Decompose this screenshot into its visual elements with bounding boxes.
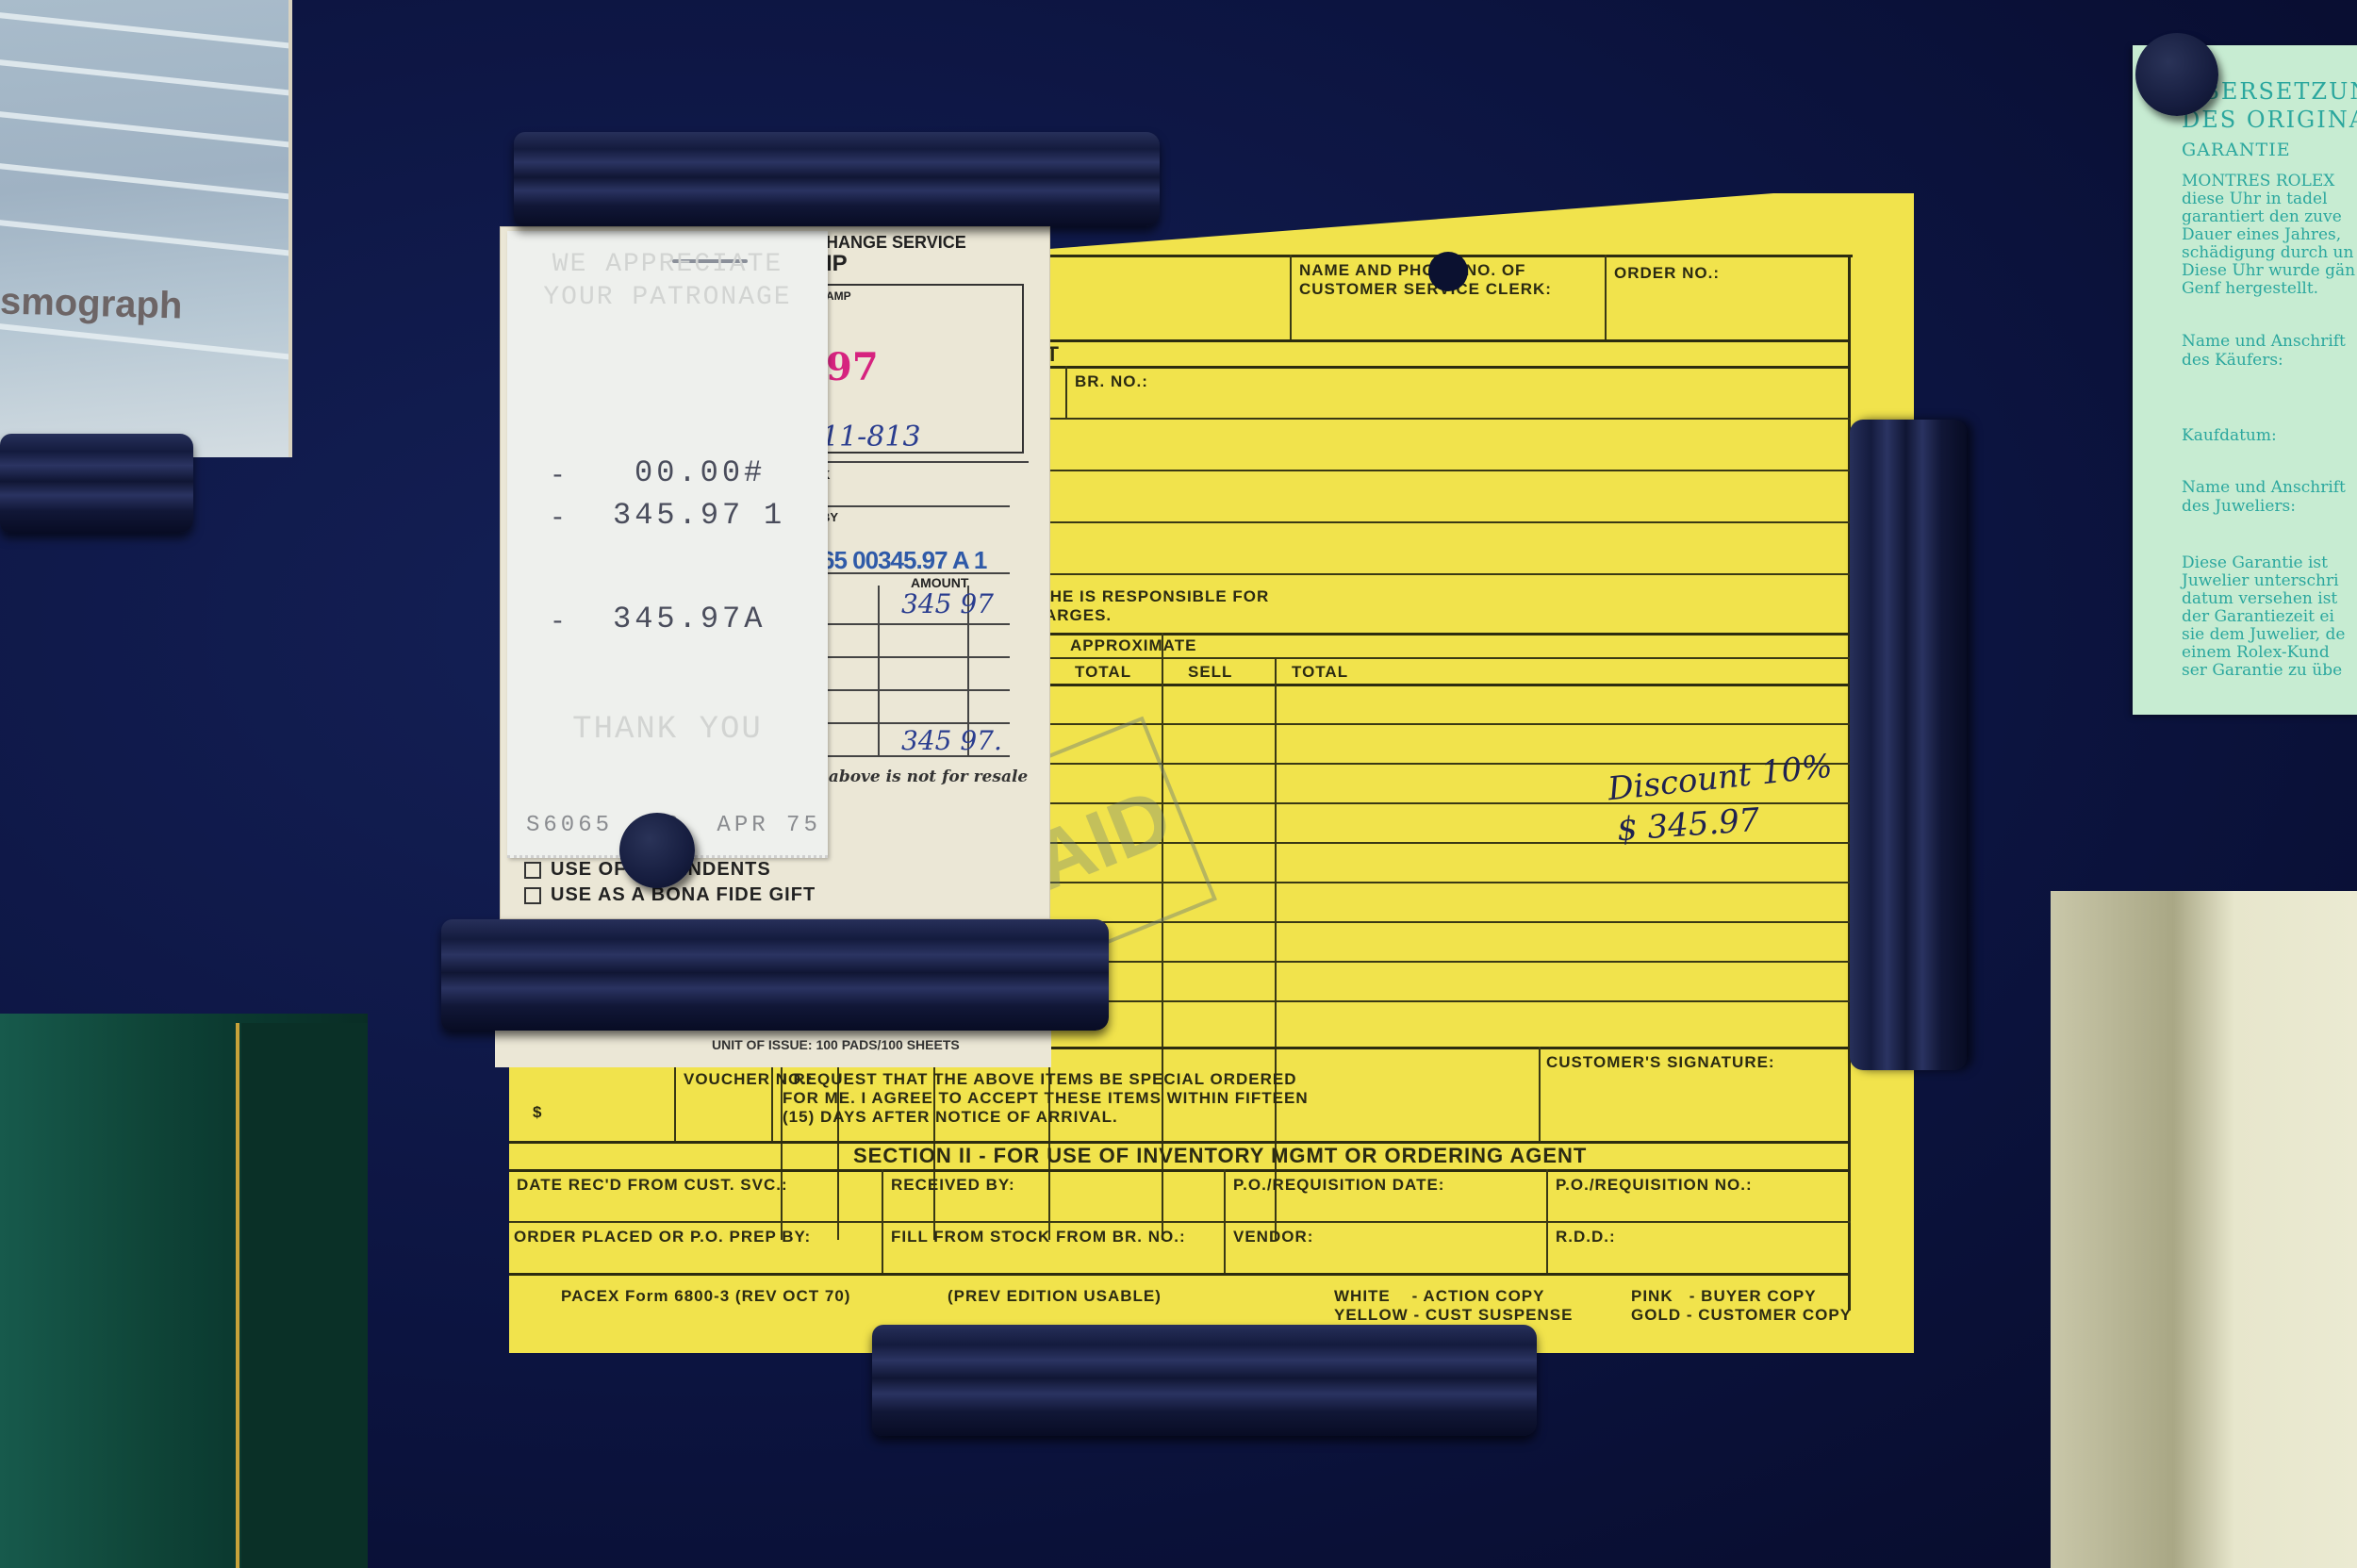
br-no-label: BR. NO.: (1075, 372, 1148, 391)
divider (878, 586, 880, 755)
copy-white: WHITE - ACTION COPY (1334, 1287, 1544, 1306)
divider (1605, 255, 1607, 339)
warranty-body-7: Genf hergestellt. (2182, 280, 2318, 298)
request-line-3: (15) DAYS AFTER NOTICE OF ARRIVAL. (783, 1108, 1118, 1127)
table-line (821, 722, 1010, 724)
warranty-footer-5: sie dem Juwelier, de (2182, 626, 2345, 644)
receipt-line-3: 345.97A (613, 602, 766, 636)
display-clamp (0, 434, 193, 533)
punch-hole (1428, 252, 1468, 291)
jeweler-label-2: des Juweliers: (2182, 498, 2296, 516)
copy-gold: GOLD - CUSTOMER COPY (1631, 1306, 1852, 1325)
rolex-warranty-card: ÜBERSETZUNG DES ORIGINA GARANTIE MONTRES… (2133, 45, 2357, 715)
warranty-title-2: DES ORIGINA (2182, 107, 2357, 133)
road-stripe (0, 107, 292, 153)
green-watch-box (0, 1014, 368, 1568)
receipt-line-1: 00.00# (635, 455, 766, 490)
vendor-2-label: VENDOR: (1233, 1228, 1313, 1246)
display-clamp-top (514, 132, 1160, 226)
request-line-2: FOR ME. I AGREE TO ACCEPT THESE ITEMS WI… (783, 1089, 1309, 1108)
warranty-body-1: MONTRES ROLEX (2182, 173, 2334, 190)
table-line (821, 623, 1010, 625)
warranty-footer-7: ser Garantie zu übe (2182, 662, 2342, 680)
cash-register-receipt: WE APPRECIATE YOUR PATRONAGE - 00.00# - … (507, 231, 828, 858)
slip-title-top: HANGE SERVICE (826, 233, 966, 253)
resale-note: d above is not for resale (812, 767, 1028, 786)
warranty-footer-4: der Garantiezeit ei (2182, 608, 2334, 626)
warranty-body-4: Dauer eines Jahres, (2182, 226, 2341, 244)
amount-value-2: 345 97. (901, 725, 1002, 756)
purchase-date-label: Kaufdatum: (2182, 427, 2277, 445)
buyer-label-2: des Käufers: (2182, 352, 2283, 370)
stamp-label: AMP (826, 289, 851, 303)
checkbox-label: USE AS A BONA FIDE GIFT (551, 884, 816, 905)
table-line (821, 656, 1010, 658)
checkbox-icon[interactable] (524, 887, 541, 904)
road-stripe (0, 8, 292, 54)
col-approximate: APPROXIMATE (1070, 636, 1196, 655)
unit-of-issue: UNIT OF ISSUE: 100 PADS/100 SHEETS (712, 1037, 960, 1052)
receipt-line-2: 345.97 (613, 498, 744, 533)
buyer-label-1: Name und Anschrift (2182, 333, 2346, 351)
cream-watch-box (2051, 891, 2357, 1568)
order-no-label: ORDER NO.: (1614, 264, 1720, 283)
display-clamp-bottom (872, 1325, 1537, 1436)
receipt-dash: - (550, 608, 566, 637)
date-recd-label: DATE REC'D FROM CUST. SVC.: (517, 1176, 788, 1195)
divider (1539, 1047, 1541, 1141)
dollar-sign: $ (533, 1103, 542, 1122)
receipt-header-2: YOUR PATRONAGE (507, 283, 828, 312)
road-stripe (0, 216, 292, 261)
po-req-date-label: P.O./REQUISITION DATE: (1233, 1176, 1444, 1195)
display-pin (619, 813, 695, 888)
warranty-heading: GARANTIE (2182, 141, 2291, 159)
copy-yellow: YELLOW - CUST SUSPENSE (1334, 1306, 1573, 1325)
request-line-1: I REQUEST THAT THE ABOVE ITEMS BE SPECIA… (783, 1070, 1297, 1089)
divider (1290, 255, 1292, 339)
col-total-1: TOTAL (1075, 663, 1131, 682)
fill-from-stock-label: FILL FROM STOCK FROM BR. NO.: (891, 1228, 1186, 1246)
box-side (241, 1023, 368, 1568)
divider (821, 505, 1010, 507)
receipt-header-1: WE APPRECIATE (507, 250, 828, 279)
warranty-footer-1: Diese Garantie ist (2182, 554, 2328, 572)
col-sell: SELL (1188, 663, 1232, 682)
checkbox-icon[interactable] (524, 862, 541, 879)
warranty-body-3: garantiert den zuve (2182, 208, 2342, 226)
handwritten-ref: 11-813 (821, 421, 921, 454)
customer-signature-label: CUSTOMER'S SIGNATURE: (1546, 1053, 1775, 1072)
divider (821, 461, 1029, 463)
register-imprint: 65 00345.97 A 1 (821, 546, 986, 575)
cosmograph-photo-card: smograph (0, 0, 292, 457)
warranty-footer-2: Juwelier unterschri (2182, 572, 2339, 590)
slip-title: IP (826, 251, 848, 277)
handwritten-discount: Discount 10% (1607, 748, 1835, 809)
form-edition: (PREV EDITION USABLE) (948, 1287, 1162, 1306)
warranty-body-2: diese Uhr in tadel (2182, 190, 2328, 208)
receipt-line-2-qty: 1 (764, 498, 785, 533)
received-by-label: RECEIVED BY: (891, 1176, 1015, 1195)
display-clamp-middle (441, 919, 1109, 1031)
road-stripe (0, 159, 292, 205)
gold-trim (236, 1023, 239, 1568)
divider (821, 572, 1010, 574)
unit-of-issue-strip: UNIT OF ISSUE: 100 PADS/100 SHEETS (495, 1028, 1051, 1067)
display-pin (2135, 33, 2218, 116)
divider (933, 657, 1851, 659)
display-clamp-right (1850, 420, 1967, 1070)
clerk-label: NAME AND PHONE NO. OF CUSTOMER SERVICE C… (1299, 261, 1552, 299)
warranty-footer-6: einem Rolex-Kund (2182, 644, 2330, 662)
rdd-label: R.D.D.: (1556, 1228, 1616, 1246)
receipt-dash: - (550, 462, 566, 491)
road-stripe (0, 56, 292, 101)
col-total-2: TOTAL (1292, 663, 1348, 682)
divider (509, 1221, 1851, 1223)
section2-title: SECTION II - FOR USE OF INVENTORY MGMT O… (853, 1144, 1587, 1168)
amount-value-1: 345 97 (901, 588, 994, 619)
divider (509, 1169, 1851, 1172)
photo-caption: smograph (0, 280, 183, 327)
order-placed-label: ORDER PLACED OR P.O. PREP BY: (514, 1228, 811, 1246)
divider (1065, 366, 1067, 418)
form-id: PACEX Form 6800-3 (REV OCT 70) (561, 1287, 850, 1306)
warranty-body-5: schädigung durch un (2182, 244, 2353, 262)
divider (509, 1273, 1851, 1276)
receipt-thank-you: THANK YOU (507, 712, 828, 748)
warranty-body-6: Diese Uhr wurde gän (2182, 262, 2355, 280)
receipt-dash: - (550, 504, 566, 534)
po-req-no-label: P.O./REQUISITION NO.: (1556, 1176, 1753, 1195)
red-stamp-amount: 97 (826, 345, 879, 389)
copy-pink: PINK - BUYER COPY (1631, 1287, 1817, 1306)
table-line (821, 689, 1010, 691)
jeweler-label-1: Name und Anschrift (2182, 479, 2346, 497)
checkbox-gift[interactable]: USE AS A BONA FIDE GIFT (524, 884, 816, 906)
warranty-footer-3: datum versehen ist (2182, 590, 2337, 608)
